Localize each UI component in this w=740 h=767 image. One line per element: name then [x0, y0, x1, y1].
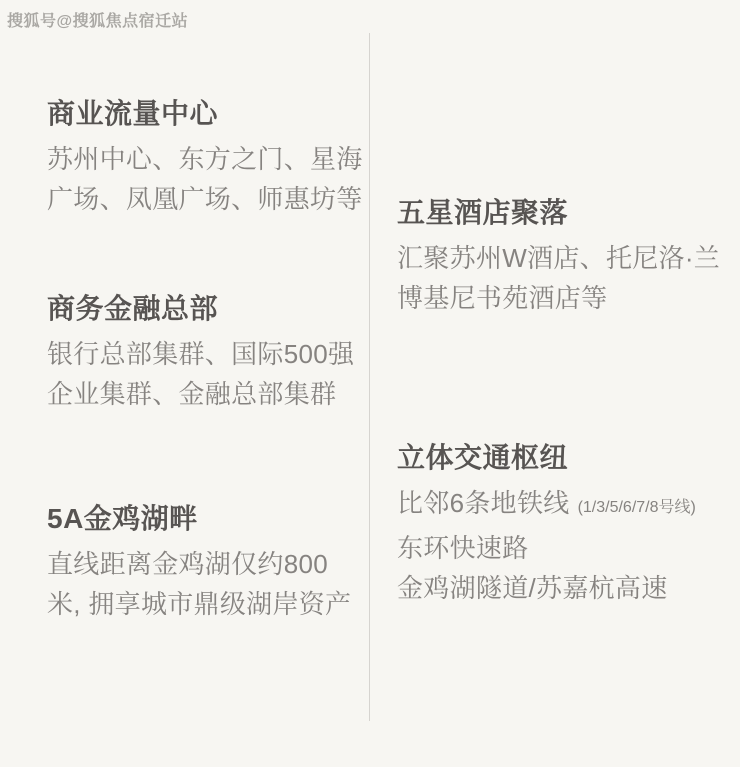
section-title: 5A金鸡湖畔	[47, 500, 369, 538]
section-five-star-hotels: 五星酒店聚落 汇聚苏州W酒店、托尼洛·兰 博基尼书苑酒店等	[397, 194, 733, 318]
section-body: 直线距离金鸡湖仅约800 米, 拥享城市鼎级湖岸资产	[47, 544, 369, 624]
metro-line-text: 比邻6条地铁线	[397, 488, 570, 518]
section-body: 汇聚苏州W酒店、托尼洛·兰 博基尼书苑酒店等	[397, 238, 733, 318]
expressway-line: 东环快速路	[397, 528, 733, 568]
section-title: 立体交通枢纽	[397, 439, 733, 477]
watermark: 搜狐号@搜狐焦点宿迁站	[7, 8, 188, 31]
section-body: 比邻6条地铁线(1/3/5/6/7/8号线) 东环快速路 金鸡湖隧道/苏嘉杭高速	[397, 483, 733, 608]
section-title: 商业流量中心	[47, 95, 369, 133]
column-divider	[369, 33, 370, 721]
section-title: 商务金融总部	[47, 290, 369, 328]
section-body: 苏州中心、东方之门、星海 广场、凤凰广场、师惠坊等	[47, 139, 369, 219]
tunnel-line: 金鸡湖隧道/苏嘉杭高速	[397, 568, 733, 608]
section-jinji-lakeside: 5A金鸡湖畔 直线距离金鸡湖仅约800 米, 拥享城市鼎级湖岸资产	[47, 500, 369, 624]
section-title: 五星酒店聚落	[397, 194, 733, 232]
metro-line: 比邻6条地铁线(1/3/5/6/7/8号线)	[397, 483, 733, 528]
metro-line-note: (1/3/5/6/7/8号线)	[578, 499, 696, 516]
section-business-finance-hq: 商务金融总部 银行总部集群、国际500强 企业集群、金融总部集群	[47, 290, 369, 414]
section-commercial-traffic-center: 商业流量中心 苏州中心、东方之门、星海 广场、凤凰广场、师惠坊等	[47, 95, 369, 219]
section-body: 银行总部集群、国际500强 企业集群、金融总部集群	[47, 334, 369, 414]
section-transport-hub: 立体交通枢纽 比邻6条地铁线(1/3/5/6/7/8号线) 东环快速路 金鸡湖隧…	[397, 439, 733, 608]
